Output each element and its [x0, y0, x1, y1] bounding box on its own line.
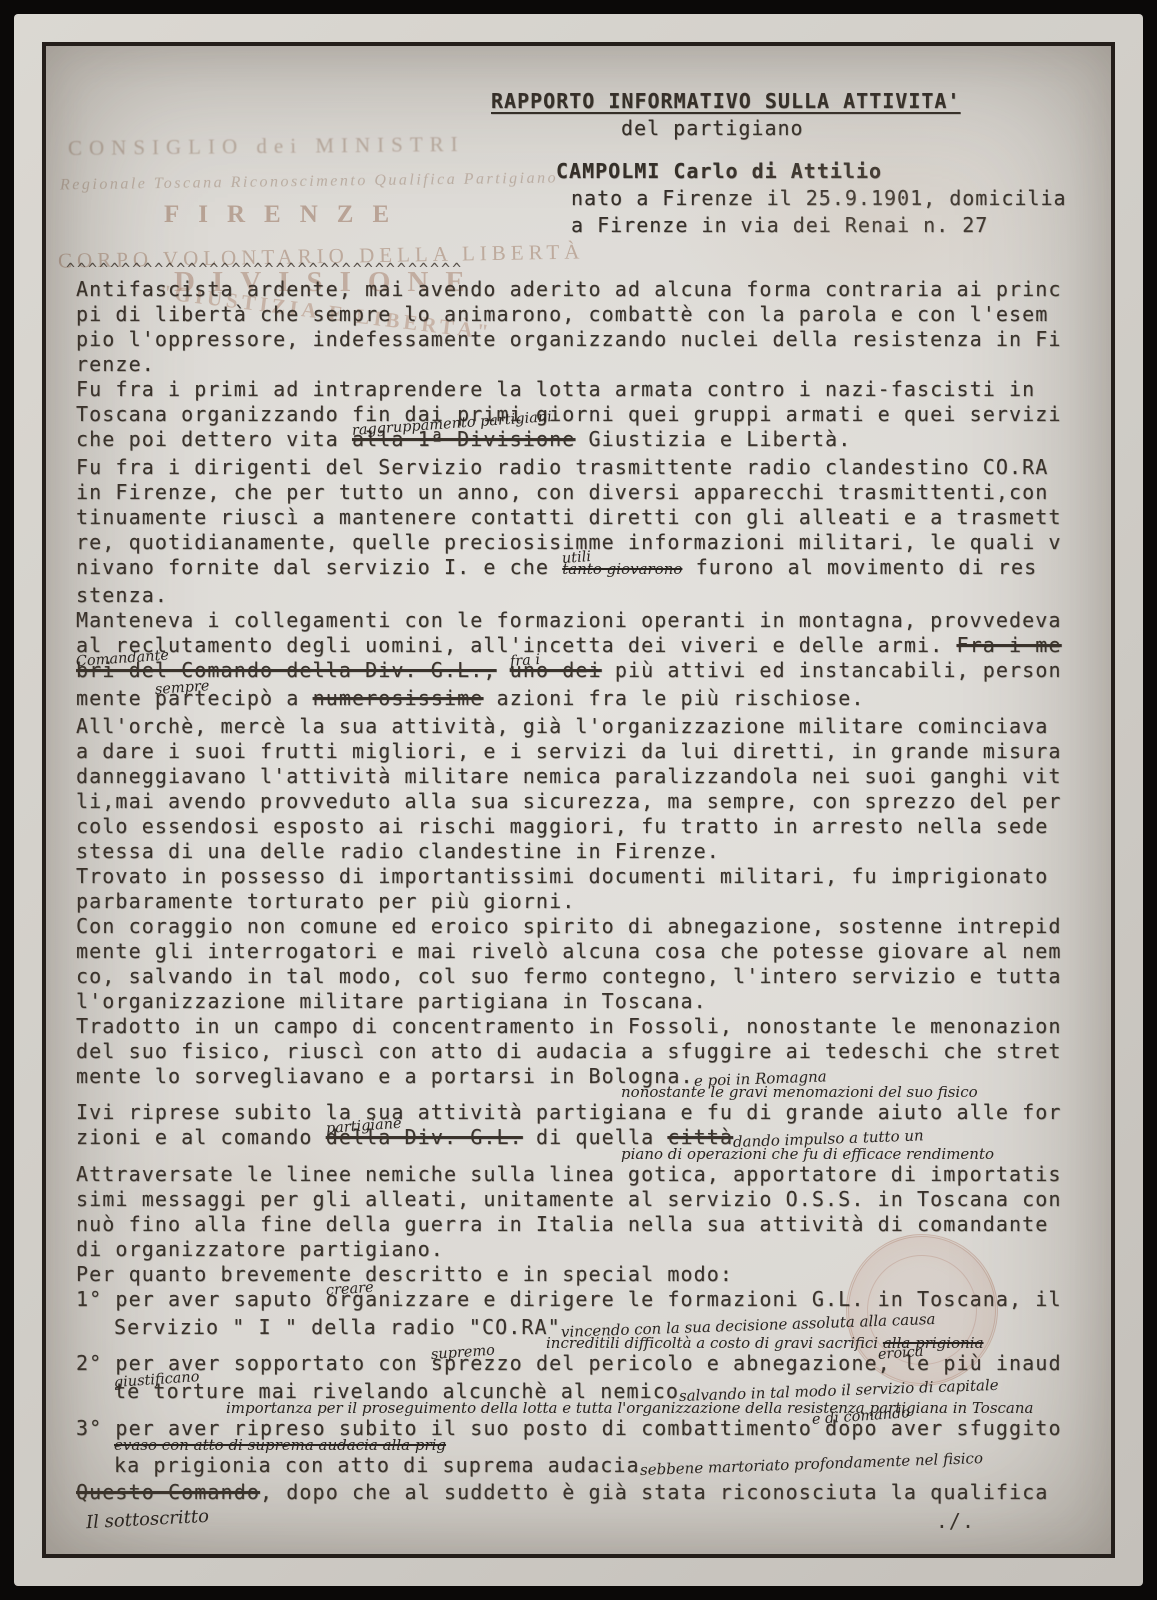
typed-text: pi di libertà che sempre lo animarono, c…: [76, 302, 1048, 326]
address-line: a Firenze in via dei Renai n. 27: [471, 212, 1095, 239]
stamp-consiglio-ministri: CONSIGLIO dei MINISTRI: [68, 132, 465, 161]
typed-text: del suo fisico, riuscì con atto di audac…: [76, 1039, 1062, 1063]
typed-text: azioni fra le più rischiose.: [483, 686, 864, 710]
typed-line: che poi dettero vita raggruppamento part…: [76, 427, 1095, 455]
typed-line: co, salvando in tal modo, col suo fermo …: [76, 964, 1095, 989]
typed-text: danneggiavano l'attività militare nemica…: [76, 764, 1062, 788]
photo-frame: CONSIGLIO dei MINISTRI Regionale Toscana…: [0, 0, 1157, 1600]
typed-line: a dare i suoi frutti migliori, e i servi…: [76, 739, 1095, 764]
typed-line: Fu fra i primi ad intraprendere la lotta…: [76, 377, 1095, 402]
typed-line: Con coraggio non comune ed eroico spirit…: [76, 914, 1095, 939]
typed-text: Servizio " I " della radio "CO.RA": [114, 1315, 561, 1339]
report-subtitle: del partigiano: [471, 115, 1095, 142]
struck-typed-text: numerosissime: [313, 686, 484, 710]
typed-text: Con coraggio non comune ed eroico spirit…: [76, 914, 1062, 938]
scan-mat-border: CONSIGLIO dei MINISTRI Regionale Toscana…: [14, 14, 1143, 1586]
handwritten-line: importanza per il proseguimento della lo…: [76, 1401, 1095, 1417]
typed-line: Attraversate le linee nemiche sulla line…: [76, 1162, 1095, 1187]
typed-text: organizzare e dirigere le formazioni G.L…: [326, 1287, 1062, 1311]
typed-line: mente semprepartecipò a numerosissime az…: [76, 686, 1095, 714]
typed-text: tinuamente riuscì a mantenere contatti d…: [76, 505, 1062, 529]
typed-text: Trovato in possesso di importantissimi d…: [76, 864, 1048, 888]
typed-line: Toscana organizzando fin dai primi giorn…: [76, 402, 1095, 427]
typed-line: All'orchè, mercè la sua attività, già l'…: [76, 714, 1095, 739]
typed-text: di organizzatore partigiano.: [76, 1237, 444, 1261]
typed-text: ka prigionia con atto di suprema audacia: [114, 1453, 640, 1477]
typed-text: Fu fra i dirigenti del Servizio radio tr…: [76, 455, 1048, 479]
birth-line: nato a Firenze il 25.9.1901, domicilia: [471, 185, 1095, 212]
typed-line: Tradotto in un campo di concentramento i…: [76, 1014, 1095, 1039]
typed-line: 1° per aver saputo creareorganizzare e d…: [76, 1287, 1095, 1315]
typed-text: 2° per aver sopportato con: [76, 1351, 431, 1375]
typed-text: nuò fino alla fine della guerra in Itali…: [76, 1212, 1048, 1236]
typed-text: mente: [76, 686, 155, 710]
handwritten-signature-note: Il sottoscritto: [86, 1506, 210, 1533]
typed-line: pio l'oppressore, indefessamente organiz…: [76, 327, 1095, 352]
typed-line: di organizzatore partigiano.: [76, 1237, 1095, 1262]
handwritten-annotation: e poi in Romagna: [693, 1069, 694, 1094]
end-mark: ./.: [936, 1509, 975, 1533]
typed-line: parbaramente torturato per più giorni.: [76, 889, 1095, 914]
partisan-name: CAMPOLMI Carlo di Attilio: [471, 158, 1095, 185]
typed-text: Toscana organizzando fin dai primi giorn…: [76, 402, 1062, 426]
handwritten-annotation: vincendo con la sua decisione assoluta a…: [560, 1320, 561, 1345]
typed-line: 2° per aver sopportato con supremosprezz…: [76, 1351, 1095, 1379]
typed-text: Giustizia e Libertà.: [575, 427, 851, 451]
typed-line: nuò fino alla fine della guerra in Itali…: [76, 1212, 1095, 1237]
typed-text: zioni e al comando: [76, 1125, 326, 1149]
struck-typed-text: Fra i me: [956, 633, 1061, 657]
typed-line: Trovato in possesso di importantissimi d…: [76, 864, 1095, 889]
typed-line: danneggiavano l'attività militare nemica…: [76, 764, 1095, 789]
typed-text: nivano fornite dal servizio I. e che: [76, 555, 562, 579]
typed-text: Attraversate le linee nemiche sulla line…: [76, 1162, 1062, 1186]
struck-typed-text: Questo Comando: [76, 1480, 260, 1504]
typed-line: stessa di una delle radio clandestine in…: [76, 839, 1095, 864]
typed-line: Ivi riprese subito la sua attività parti…: [76, 1100, 1095, 1125]
typed-line: Per quanto brevemente descritto e in spe…: [76, 1262, 1095, 1287]
typed-line: Manteneva i collegamenti con le formazio…: [76, 608, 1095, 633]
typed-text: renze.: [76, 352, 155, 376]
typed-text: li,mai avendo provveduto alla sua sicure…: [76, 789, 1062, 813]
document-header: RAPPORTO INFORMATIVO SULLA ATTIVITA' del…: [471, 88, 1095, 239]
page-edge: CONSIGLIO dei MINISTRI Regionale Toscana…: [42, 42, 1115, 1558]
typed-text: , dopo che al suddetto è già stata ricon…: [260, 1480, 1048, 1504]
typed-text: a dare i suoi frutti migliori, e i servi…: [76, 739, 1062, 763]
typed-line: tinuamente riuscì a mantenere contatti d…: [76, 505, 1095, 530]
typed-text: Manteneva i collegamenti con le formazio…: [76, 608, 1062, 632]
typed-text: co, salvando in tal modo, col suo fermo …: [76, 964, 1062, 988]
typed-line: del suo fisico, riuscì con atto di audac…: [76, 1039, 1095, 1064]
typed-text: Fu fra i primi ad intraprendere la lotta…: [76, 377, 1035, 401]
typed-text: che poi dettero vita: [76, 427, 352, 451]
typed-line: Antifascista ardente, mai avendo aderito…: [76, 277, 1095, 302]
typed-text: mente gli interrogatori e mai rivelò alc…: [76, 939, 1062, 963]
typed-line: colo essendosi esposto ai rischi maggior…: [76, 814, 1095, 839]
typed-text: All'orchè, mercè la sua attività, già l'…: [76, 714, 1048, 738]
stamp-firenze: FIRENZE: [164, 201, 408, 229]
typed-text: Per quanto brevemente descritto e in spe…: [76, 1262, 733, 1286]
handwritten-annotation: importanza per il proseguimento della lo…: [226, 1399, 1033, 1417]
typed-text: pio l'oppressore, indefessamente organiz…: [76, 327, 1062, 351]
typed-text: colo essendosi esposto ai rischi maggior…: [76, 814, 1048, 838]
typed-text: mente lo sorvegliavano e a portarsi in B…: [76, 1064, 694, 1088]
document-page: CONSIGLIO dei MINISTRI Regionale Toscana…: [46, 46, 1111, 1554]
typed-text: Tradotto in un campo di concentramento i…: [76, 1014, 1062, 1038]
typed-line: l'organizzazione militare partigiana in …: [76, 989, 1095, 1014]
handwritten-annotation: sebbene martoriato profondamente nel fis…: [639, 1458, 640, 1483]
typed-text: in Firenze, che per tutto un anno, con d…: [76, 480, 1048, 504]
typed-text: sprezzo del pericolo e abnegazione: [431, 1351, 878, 1375]
typed-text: Antifascista ardente, mai avendo aderito…: [76, 277, 1062, 301]
typed-line: nivano fornite dal servizio I. e che uti…: [76, 555, 1095, 583]
typed-text: l'organizzazione militare partigiana in …: [76, 989, 707, 1013]
typed-line: al reclutamento degli uomini, all'incett…: [76, 633, 1095, 658]
typed-text: furono al movimento di res: [682, 555, 1037, 579]
typed-text: stessa di una delle radio clandestine in…: [76, 839, 720, 863]
typed-line: simi messaggi per gli alleati, unitament…: [76, 1187, 1095, 1212]
document-footer: Il sottoscritto ./.: [76, 1505, 1095, 1533]
typed-line: renze.: [76, 352, 1095, 377]
typed-line: Comandantebri del Comando della Div. G.L…: [76, 658, 1095, 686]
typed-line: in Firenze, che per tutto un anno, con d…: [76, 480, 1095, 505]
typed-text: 1° per aver saputo: [76, 1287, 326, 1311]
typed-line: stenza.: [76, 583, 1095, 608]
typed-text: Ivi riprese subito la sua attività parti…: [76, 1100, 1062, 1124]
typed-line: li,mai avendo provveduto alla sua sicure…: [76, 789, 1095, 814]
struck-handwritten-annotation: evaso con atto di suprema audacia alla p…: [114, 1436, 446, 1454]
typed-text: più attivi ed instancabili, person: [602, 658, 1062, 682]
typed-text: simi messaggi per gli alleati, unitament…: [76, 1187, 1062, 1211]
report-title: RAPPORTO INFORMATIVO SULLA ATTIVITA': [471, 88, 1095, 115]
typed-line: Questo Comando, dopo che al suddetto è g…: [76, 1480, 1095, 1505]
typed-line: Fu fra i dirigenti del Servizio radio tr…: [76, 455, 1095, 480]
typed-text: stenza.: [76, 583, 168, 607]
typed-line: mente gli interrogatori e mai rivelò alc…: [76, 939, 1095, 964]
typed-line: ka prigionia con atto di suprema audacia…: [76, 1453, 1095, 1480]
header-gap: [471, 142, 1095, 158]
typed-text: [497, 658, 510, 682]
typed-text: parbaramente torturato per più giorni.: [76, 889, 575, 913]
typed-line: pi di libertà che sempre lo animarono, c…: [76, 302, 1095, 327]
document-body: Antifascista ardente, mai avendo aderito…: [76, 277, 1095, 1505]
